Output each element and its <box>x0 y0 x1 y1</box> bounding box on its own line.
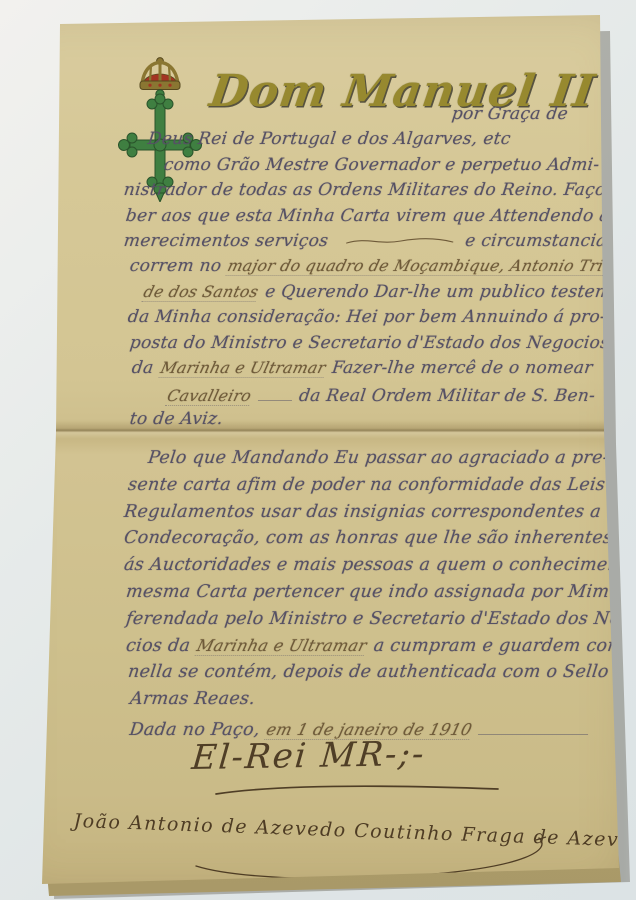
letter-line: posta do Ministro e Secretario d'Estado … <box>122 333 611 358</box>
engraved-text: da Minha consideração: Hei por bem Annui… <box>127 307 608 327</box>
engraved-text: da <box>131 358 155 378</box>
photo-background: Dom Manuel II por Graça deDeus Rei de Po… <box>0 0 636 900</box>
letter-line: Armas Reaes. <box>122 689 611 716</box>
letter-line: ber aos que esta Minha Carta virem que A… <box>122 206 611 231</box>
letter-line: por Graça de <box>122 104 611 129</box>
letter-line: mesma Carta pertencer que indo assignada… <box>122 582 611 609</box>
engraved-text: como Grão Mestre Governador e perpetuo A… <box>163 155 601 175</box>
letter-line: da Minha consideração: Hei por bem Annui… <box>122 307 611 332</box>
handwritten-insertion: de dos Santos <box>141 282 260 302</box>
engraved-text: Fazer-lhe mercê de o nomear <box>331 358 594 378</box>
engraved-text: Regulamentos usar das insignias correspo… <box>123 502 636 522</box>
engraved-text: da Real Ordem Militar de S. Ben- <box>298 386 597 406</box>
engraved-text: posta do Ministro e Secretario d'Estado … <box>129 333 611 353</box>
letter-body-lower: Pelo que Mandando Eu passar ao agraciado… <box>122 448 608 743</box>
blank-rule <box>257 383 293 401</box>
letter-line: Condecoração, com as honras que lhe são … <box>122 528 611 555</box>
engraved-text: a cumpram e guardem como <box>372 636 636 656</box>
engraved-text: Pelo que Mandando Eu passar ao agraciado… <box>147 448 610 468</box>
letter-line: sente carta afim de poder na conformidad… <box>122 475 611 502</box>
engraved-text: ás Auctoridades e mais pessoas a quem o … <box>123 555 636 575</box>
blank-rule <box>478 716 590 735</box>
engraved-text: por Graça de <box>451 104 570 124</box>
letter-line: Deus Rei de Portugal e dos Algarves, etc <box>122 129 611 154</box>
letter-body-upper: por Graça deDeus Rei de Portugal e dos A… <box>122 104 608 434</box>
handwritten-insertion: major do quadro de Moçambique, Antonio T… <box>226 256 636 276</box>
letter-line: nistrador de todas as Ordens Militares d… <box>122 180 611 205</box>
engraved-text: ferendada pelo Ministro e Secretario d'E… <box>125 609 636 629</box>
letter-line: Cavalleiroda Real Ordem Militar de S. Be… <box>122 383 611 408</box>
pen-flourish <box>344 231 456 251</box>
letter-line: cios daMarinha e Ultramara cumpram e gua… <box>122 636 611 663</box>
handwritten-insertion: Marinha e Ultramar <box>195 636 369 656</box>
letter-line: correm nomajor do quadro de Moçambique, … <box>122 256 611 281</box>
engraved-text: cios da <box>125 636 192 656</box>
engraved-text: Deus Rei de Portugal e dos Algarves, etc <box>147 129 512 149</box>
letter-line: ferendada pelo Ministro e Secretario d'E… <box>122 609 611 636</box>
letter-line: nella se contém, depois de authenticada … <box>122 662 611 689</box>
letter-line: daMarinha e UltramarFazer-lhe mercê de o… <box>122 358 611 383</box>
letter-line: Regulamentos usar das insignias correspo… <box>122 502 611 529</box>
letter-line: ás Auctoridades e mais pessoas a quem o … <box>122 555 611 582</box>
letter-line: merecimentos serviçose circumstancias qu… <box>122 231 611 256</box>
engraved-text: mesma Carta pertencer que indo assignada… <box>125 582 636 602</box>
royal-signature-flourish <box>212 781 502 797</box>
engraved-text: sente carta afim de poder na conformidad… <box>127 475 623 495</box>
fold-crease <box>50 421 610 439</box>
royal-crown-icon <box>140 58 180 90</box>
letter-line: de dos Santose Querendo Dar-lhe um publi… <box>122 282 611 307</box>
engraved-text: ber aos que esta Minha Carta virem que A… <box>125 206 631 226</box>
engraved-text: correm no <box>129 256 223 276</box>
letter-line: Pelo que Mandando Eu passar ao agraciado… <box>122 448 611 475</box>
engraved-text: Armas Reaes. <box>129 689 257 709</box>
engraved-text: nistrador de todas as Ordens Militares d… <box>123 180 636 200</box>
document-paper: Dom Manuel II por Graça deDeus Rei de Po… <box>0 0 636 900</box>
engraved-text: e Querendo Dar-lhe um publico testemunho <box>264 282 636 302</box>
engraved-text: merecimentos serviços <box>123 231 330 251</box>
handwritten-insertion: Marinha e Ultramar <box>158 358 328 378</box>
letter-line: como Grão Mestre Governador e perpetuo A… <box>122 155 611 180</box>
printer-mark <box>38 799 42 835</box>
engraved-text: Condecoração, com as honras que lhe são … <box>123 528 636 548</box>
handwritten-insertion: Cavalleiro <box>165 386 253 406</box>
royal-signature: El-Rei MR-;- <box>190 734 427 778</box>
engraved-text: nella se contém, depois de authenticada … <box>127 662 636 682</box>
